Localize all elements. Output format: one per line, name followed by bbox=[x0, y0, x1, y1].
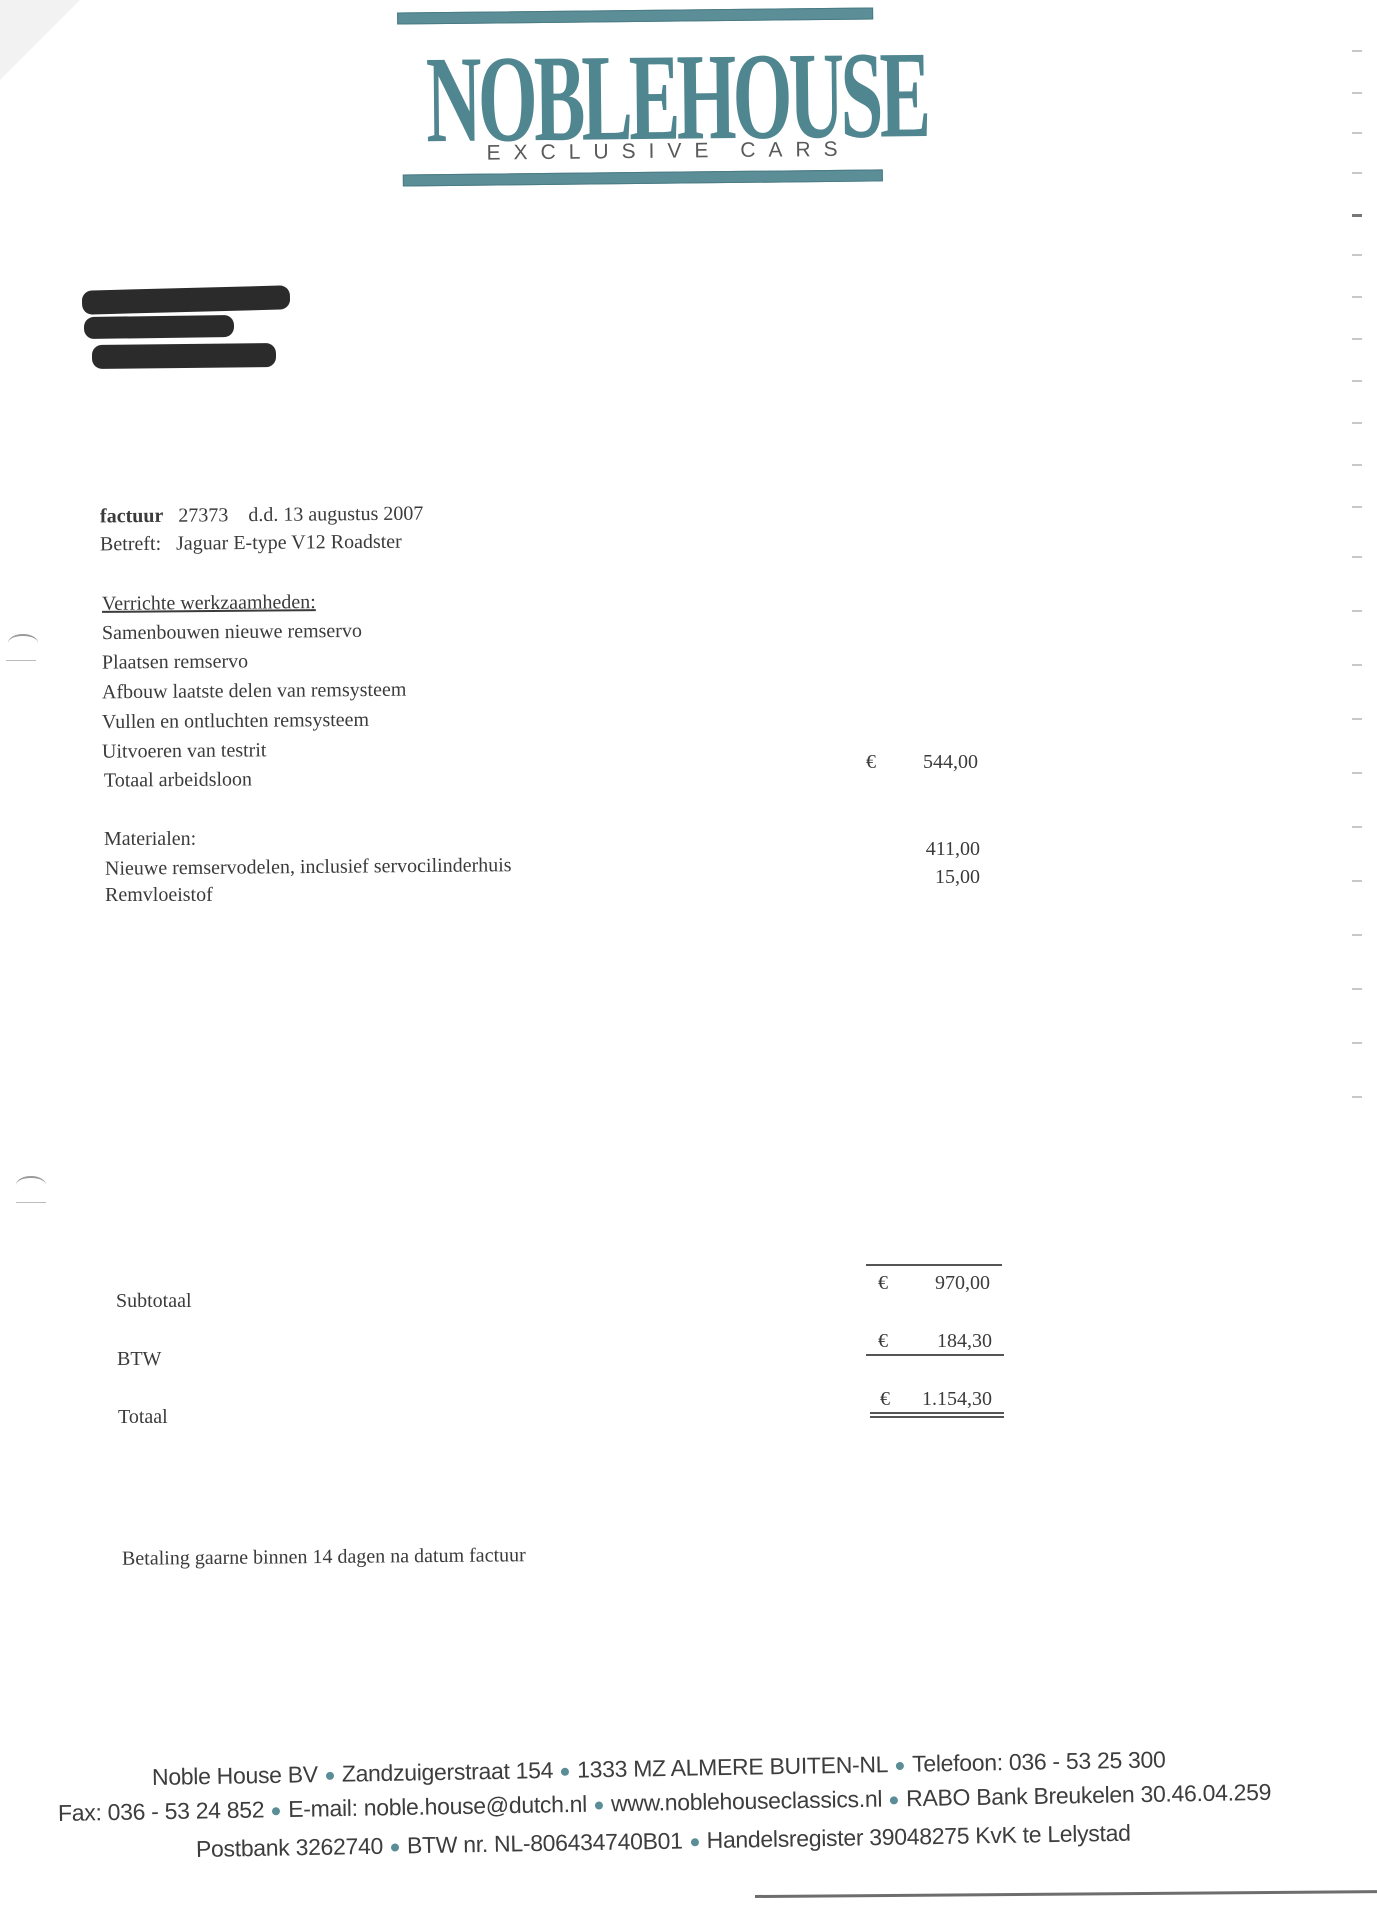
subtotal-currency: € bbox=[878, 1272, 888, 1295]
footer-email: E-mail: noble.house@dutch.nl bbox=[288, 1791, 587, 1822]
bullet-icon bbox=[890, 1796, 898, 1804]
invoice-number: 27373 bbox=[178, 504, 228, 526]
total-double-rule-1 bbox=[870, 1412, 1004, 1414]
footer-line-3: Postbank 3262740BTW nr. NL-806434740B01H… bbox=[196, 1820, 1131, 1863]
footer-bank: RABO Bank Breukelen 30.46.04.259 bbox=[906, 1779, 1271, 1811]
subject-value: Jaguar E-type V12 Roadster bbox=[176, 531, 402, 555]
footer-vat-number: BTW nr. NL-806434740B01 bbox=[407, 1828, 683, 1859]
vat-currency: € bbox=[878, 1330, 888, 1353]
bullet-icon bbox=[896, 1762, 904, 1770]
redaction-bar bbox=[84, 315, 234, 339]
payment-note: Betaling gaarne binnen 14 dagen na datum… bbox=[122, 1544, 526, 1571]
scan-edge-line bbox=[755, 1890, 1377, 1898]
subject-label: Betreft: bbox=[100, 533, 161, 556]
bullet-icon bbox=[561, 1768, 569, 1776]
total-currency: € bbox=[880, 1388, 890, 1411]
footer-company: Noble House BV bbox=[152, 1761, 318, 1790]
punch-hole-mark bbox=[8, 634, 38, 652]
punch-hole-mark bbox=[16, 1176, 46, 1194]
bullet-icon bbox=[391, 1843, 399, 1851]
invoice-line: factuur 27373 d.d. 13 augustus 2007 bbox=[100, 503, 424, 529]
work-item: Afbouw laatste delen van remsysteem bbox=[102, 679, 407, 705]
logo-top-bar bbox=[397, 8, 873, 25]
footer-website: www.noblehouseclassics.nl bbox=[611, 1786, 883, 1817]
footer-postbank: Postbank 3262740 bbox=[196, 1833, 383, 1862]
footer-city: 1333 MZ ALMERE BUITEN-NL bbox=[577, 1751, 888, 1782]
vat-amount: 184,30 bbox=[900, 1330, 992, 1353]
footer-phone: Telefoon: 036 - 53 25 300 bbox=[912, 1746, 1166, 1776]
total-double-rule-2 bbox=[870, 1416, 1004, 1418]
work-item: Vullen en ontluchten remsysteem bbox=[102, 709, 369, 734]
footer-fax: Fax: 036 - 53 24 852 bbox=[58, 1796, 265, 1826]
subtotal-amount: 970,00 bbox=[900, 1272, 990, 1295]
material-item: Remvloeistof bbox=[105, 884, 213, 907]
punch-hole-line bbox=[16, 1202, 46, 1203]
total-label: Totaal bbox=[118, 1406, 168, 1429]
vat-label: BTW bbox=[117, 1348, 161, 1371]
subtotal-label: Subtotaal bbox=[116, 1290, 192, 1313]
material-amount: 15,00 bbox=[900, 866, 980, 889]
punch-hole-line bbox=[6, 660, 36, 661]
invoice-date: 13 augustus 2007 bbox=[283, 503, 423, 526]
bullet-icon bbox=[691, 1838, 699, 1846]
work-item: Plaatsen remservo bbox=[102, 650, 248, 674]
company-logo: NOBLEHOUSE EXCLUSIVE CARS bbox=[397, 6, 877, 191]
invoice-label: factuur bbox=[100, 505, 164, 528]
work-item: Uitvoeren van testrit bbox=[102, 739, 267, 763]
work-heading: Verrichte werkzaamheden: bbox=[102, 591, 316, 616]
redaction-bar bbox=[92, 343, 276, 369]
material-amount: 411,00 bbox=[900, 838, 980, 861]
footer-street: Zandzuigerstraat 154 bbox=[342, 1757, 554, 1787]
invoice-date-prefix: d.d. bbox=[248, 504, 278, 526]
vat-rule bbox=[866, 1354, 1004, 1356]
logo-tagline: EXCLUSIVE CARS bbox=[486, 138, 850, 166]
subtotal-rule bbox=[866, 1264, 1002, 1266]
bullet-icon bbox=[595, 1801, 603, 1809]
material-item: Nieuwe remservodelen, inclusief servocil… bbox=[105, 854, 512, 881]
bullet-icon bbox=[272, 1807, 280, 1815]
scan-corner-fold bbox=[0, 0, 80, 80]
labour-total-currency: € bbox=[866, 751, 876, 774]
materials-heading: Materialen: bbox=[104, 828, 196, 851]
subject-line: Betreft: Jaguar E-type V12 Roadster bbox=[100, 531, 402, 557]
labour-total-amount: 544,00 bbox=[900, 751, 978, 774]
total-amount: 1.154,30 bbox=[900, 1388, 992, 1411]
redaction-bar bbox=[82, 285, 291, 314]
work-item: Samenbouwen nieuwe remservo bbox=[102, 620, 362, 645]
logo-bottom-bar bbox=[403, 169, 883, 186]
footer-registry: Handelsregister 39048275 KvK te Lelystad bbox=[706, 1820, 1130, 1853]
labour-total-label: Totaal arbeidsloon bbox=[104, 768, 252, 792]
bullet-icon bbox=[326, 1772, 334, 1780]
